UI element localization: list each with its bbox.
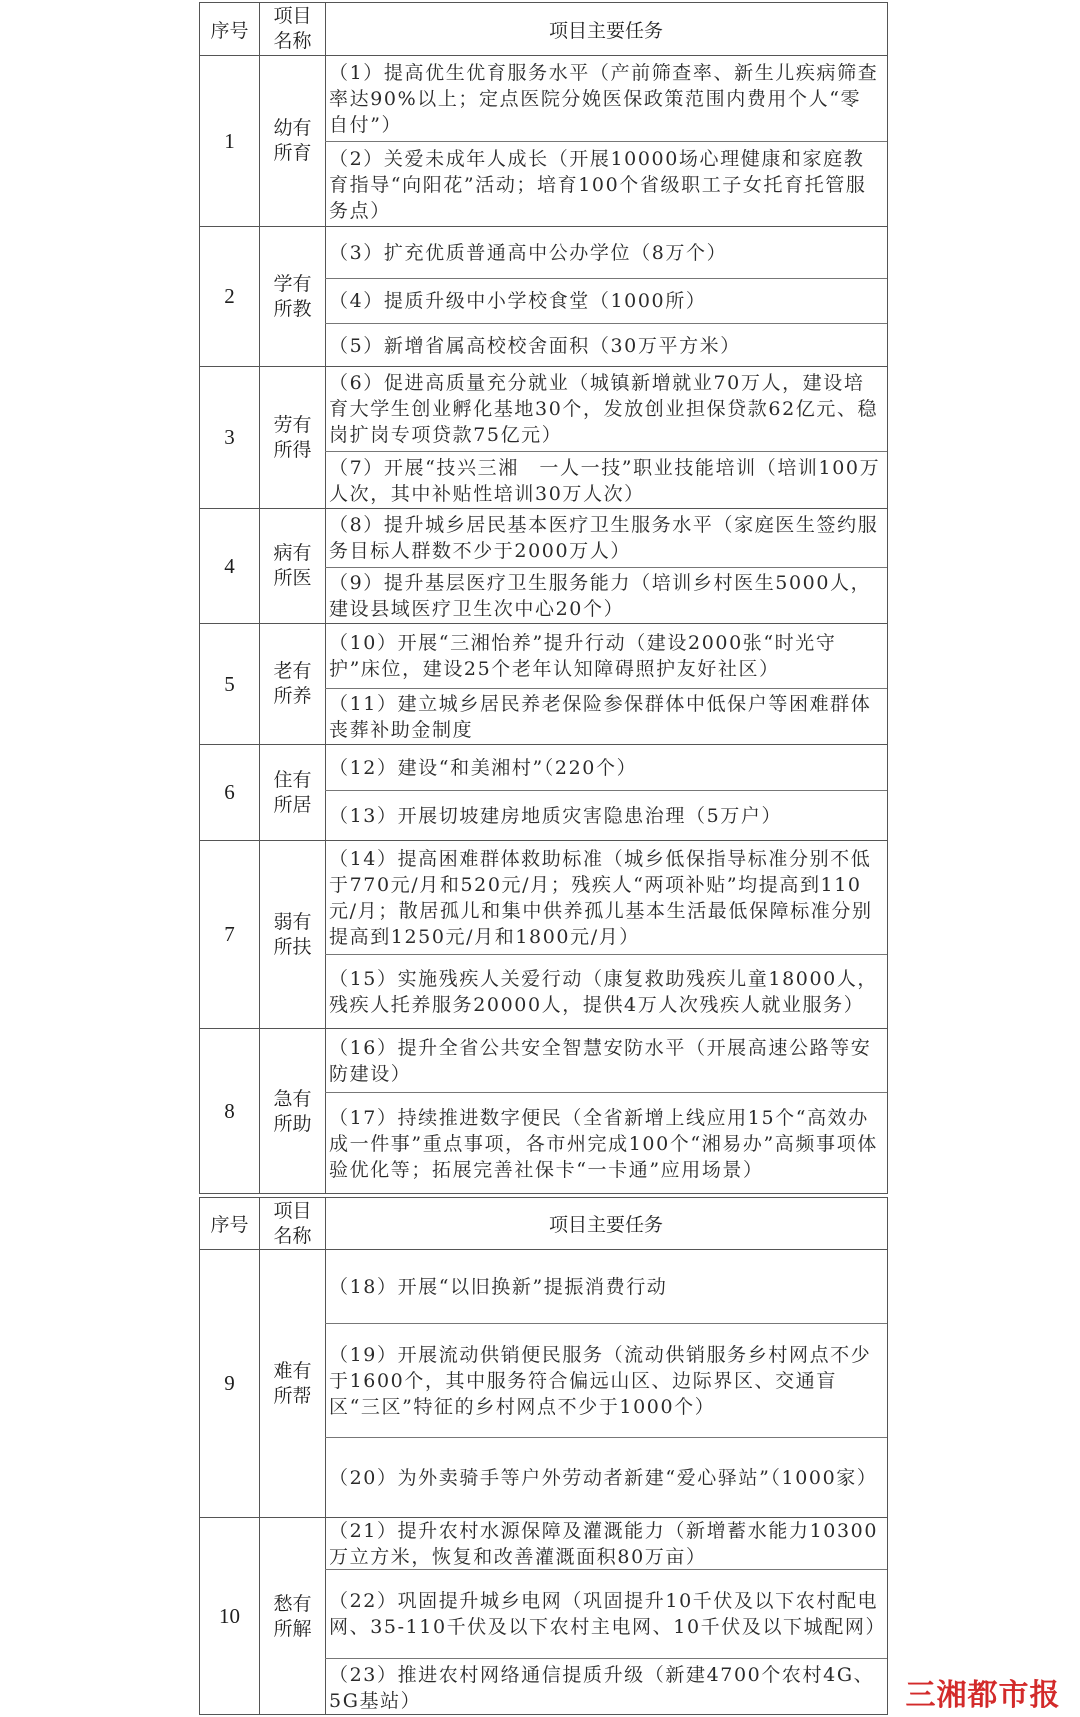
task-item: （21）提升农村水源保障及灌溉能力（新增蓄水能力10300万立方米，恢复和改善灌… [325, 1518, 887, 1569]
table-header: 序号 项目名称 项目主要任务 [199, 2, 888, 55]
row-number: 3 [200, 367, 259, 508]
row-number: 2 [200, 227, 259, 366]
task-item: （19）开展流动供销便民服务（流动供销服务乡村网点不少于1600个，其中服务符合… [325, 1323, 887, 1437]
project-name: 住有所居 [259, 745, 326, 840]
row-number: 6 [200, 745, 259, 840]
task-list: （6）促进高质量充分就业（城镇新增就业70万人，建设培育大学生创业孵化基地30个… [325, 367, 887, 508]
table-row: 9 难有所帮 （18）开展“以旧换新”提振消费行动 （19）开展流动供销便民服务… [199, 1249, 888, 1517]
table-row: 7 弱有所扶 （14）提高困难群体救助标准（城乡低保指导标准分别不低于770元/… [199, 840, 888, 1028]
header-col-tasks: 项目主要任务 [325, 3, 887, 55]
project-name: 学有所教 [259, 227, 326, 366]
task-item: （10）开展“三湘怡养”提升行动（建设2000张“时光守护”床位，建设25个老年… [325, 624, 887, 688]
task-item: （2）关爱未成年人成长（开展10000场心理健康和家庭教育指导“向阳花”活动；培… [325, 141, 887, 227]
table-row: 1 幼有所育 （1）提高优生优育服务水平（产前筛查率、新生儿疾病筛查率达90%以… [199, 55, 888, 226]
task-list: （8）提升城乡居民基本医疗卫生服务水平（家庭医生签约服务目标人群数不少于2000… [325, 509, 887, 623]
table-row: 6 住有所居 （12）建设“和美湘村”（220个） （13）开展切坡建房地质灾害… [199, 744, 888, 840]
task-item: （18）开展“以旧换新”提振消费行动 [325, 1250, 887, 1323]
table-row: 10 愁有所解 （21）提升农村水源保障及灌溉能力（新增蓄水能力10300万立方… [199, 1517, 888, 1715]
project-name: 愁有所解 [259, 1518, 326, 1715]
task-item: （15）实施残疾人关爱行动（康复救助残疾儿童18000人，残疾人托养服务2000… [325, 954, 887, 1029]
task-item: （6）促进高质量充分就业（城镇新增就业70万人，建设培育大学生创业孵化基地30个… [325, 367, 887, 451]
task-item: （14）提高困难群体救助标准（城乡低保指导标准分别不低于770元/月和520元/… [325, 841, 887, 954]
table-bottom-border [199, 1714, 888, 1715]
header-col-no: 序号 [200, 3, 259, 55]
task-item: （22）巩固提升城乡电网（巩固提升10千伏及以下农村配电网、35-110千伏及以… [325, 1569, 887, 1658]
task-item: （12）建设“和美湘村”（220个） [325, 745, 887, 790]
task-list: （21）提升农村水源保障及灌溉能力（新增蓄水能力10300万立方米，恢复和改善灌… [325, 1518, 887, 1715]
task-item: （5）新增省属高校校舍面积（30万平方米） [325, 323, 887, 367]
task-item: （20）为外卖骑手等户外劳动者新建“爱心驿站”（1000家） [325, 1437, 887, 1518]
header-col-name: 项目名称 [259, 3, 326, 55]
task-list: （1）提高优生优育服务水平（产前筛查率、新生儿疾病筛查率达90%以上；定点医院分… [325, 56, 887, 226]
header-col-name: 项目名称 [259, 1198, 326, 1249]
task-item: （4）提质升级中小学校食堂（1000所） [325, 278, 887, 323]
task-item: （3）扩充优质普通高中公办学位（8万个） [325, 227, 887, 278]
task-item: （13）开展切坡建房地质灾害隐患治理（5万户） [325, 790, 887, 841]
project-name: 病有所医 [259, 509, 326, 623]
task-list: （3）扩充优质普通高中公办学位（8万个） （4）提质升级中小学校食堂（1000所… [325, 227, 887, 366]
table-row: 2 学有所教 （3）扩充优质普通高中公办学位（8万个） （4）提质升级中小学校食… [199, 226, 888, 366]
table-row: 5 老有所养 （10）开展“三湘怡养”提升行动（建设2000张“时光守护”床位，… [199, 623, 888, 744]
row-number: 10 [200, 1518, 259, 1715]
project-name: 劳有所得 [259, 367, 326, 508]
task-item: （8）提升城乡居民基本医疗卫生服务水平（家庭医生签约服务目标人群数不少于2000… [325, 509, 887, 567]
task-list: （14）提高困难群体救助标准（城乡低保指导标准分别不低于770元/月和520元/… [325, 841, 887, 1028]
row-number: 1 [200, 56, 259, 226]
task-item: （7）开展“技兴三湘 一人一技”职业技能培训（培训100万人次，其中补贴性培训3… [325, 451, 887, 509]
task-item: （23）推进农村网络通信提质升级（新建4700个农村4G、5G基站） [325, 1658, 887, 1716]
header-col-tasks: 项目主要任务 [325, 1198, 887, 1249]
task-list: （10）开展“三湘怡养”提升行动（建设2000张“时光守护”床位，建设25个老年… [325, 624, 887, 744]
project-name: 弱有所扶 [259, 841, 326, 1028]
task-list: （16）提升全省公共安全智慧安防水平（开展高速公路等安防建设） （17）持续推进… [325, 1029, 887, 1194]
task-item: （11）建立城乡居民养老保险参保群体中低保户等困难群体丧葬补助金制度 [325, 688, 887, 745]
table-row: 4 病有所医 （8）提升城乡居民基本医疗卫生服务水平（家庭医生签约服务目标人群数… [199, 508, 888, 623]
row-number: 4 [200, 509, 259, 623]
header-col-no: 序号 [200, 1198, 259, 1249]
project-name: 老有所养 [259, 624, 326, 744]
row-number: 9 [200, 1250, 259, 1517]
table-row: 3 劳有所得 （6）促进高质量充分就业（城镇新增就业70万人，建设培育大学生创业… [199, 366, 888, 508]
table-header-repeat: 序号 项目名称 项目主要任务 [199, 1197, 888, 1249]
project-name: 急有所助 [259, 1029, 326, 1194]
task-list: （18）开展“以旧换新”提振消费行动 （19）开展流动供销便民服务（流动供销服务… [325, 1250, 887, 1517]
project-name: 幼有所育 [259, 56, 326, 226]
table-row: 8 急有所助 （16）提升全省公共安全智慧安防水平（开展高速公路等安防建设） （… [199, 1028, 888, 1194]
newspaper-logo: 三湘都市报 [899, 1674, 1067, 1710]
task-list: （12）建设“和美湘村”（220个） （13）开展切坡建房地质灾害隐患治理（5万… [325, 745, 887, 840]
task-item: （1）提高优生优育服务水平（产前筛查率、新生儿疾病筛查率达90%以上；定点医院分… [325, 56, 887, 141]
row-number: 5 [200, 624, 259, 744]
project-name: 难有所帮 [259, 1250, 326, 1517]
row-number: 8 [200, 1029, 259, 1194]
task-item: （16）提升全省公共安全智慧安防水平（开展高速公路等安防建设） [325, 1029, 887, 1092]
task-item: （9）提升基层医疗卫生服务能力（培训乡村医生5000人，建设县域医疗卫生次中心2… [325, 567, 887, 624]
task-item: （17）持续推进数字便民（全省新增上线应用15个“高效办成一件事”重点事项，各市… [325, 1092, 887, 1195]
row-number: 7 [200, 841, 259, 1028]
